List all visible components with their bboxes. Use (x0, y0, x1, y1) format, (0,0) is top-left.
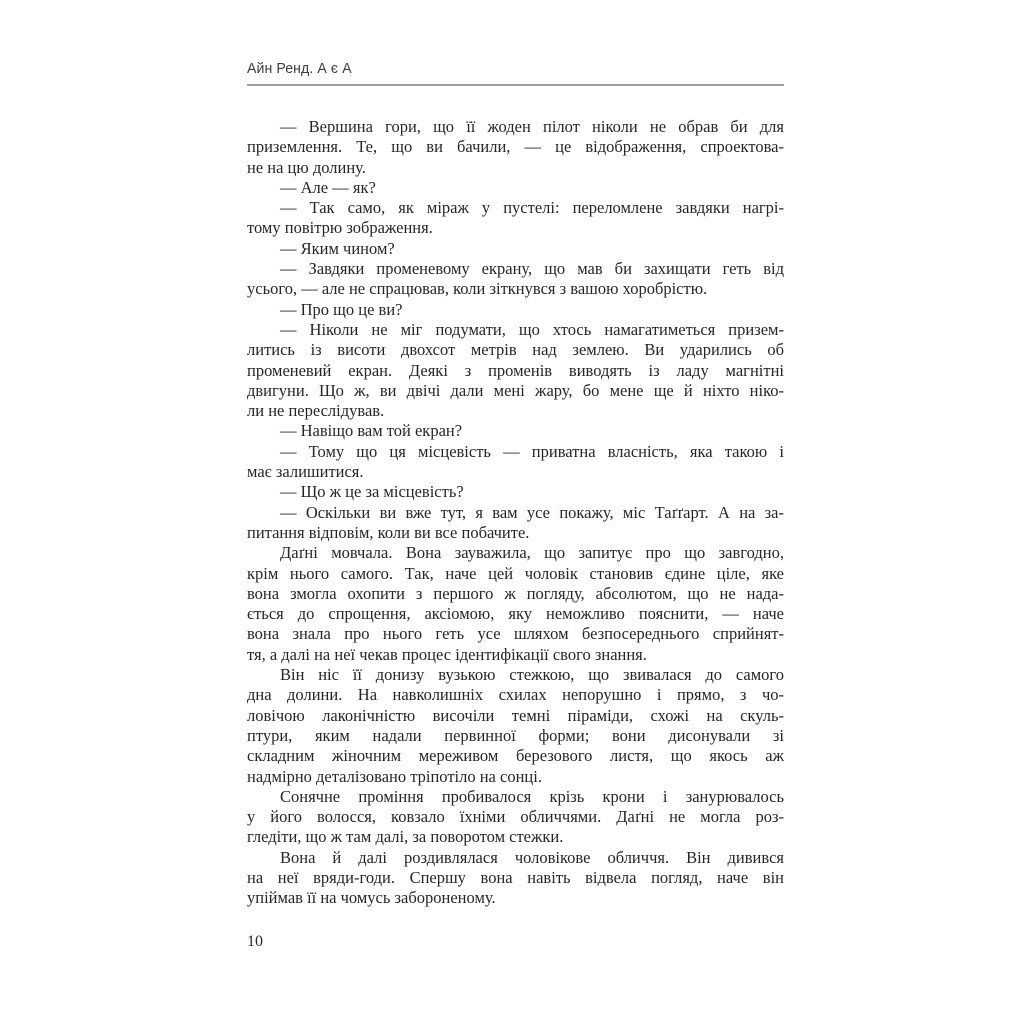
text-line: тому повітрю зображення. (247, 218, 784, 238)
text-line: Даґні мовчала. Вона зауважила, що запиту… (247, 543, 784, 563)
text-line: має залишитися. (247, 462, 784, 482)
page-number: 10 (247, 933, 263, 951)
text-line: тя, а далі на неї чекав процес ідентифік… (247, 645, 784, 665)
text-line: птури, яким надали первинної форми; вони… (247, 726, 784, 746)
text-line: дна долини. На навколишніх схилах непору… (247, 685, 784, 705)
text-line: питання відповім, коли ви все побачите. (247, 523, 784, 543)
text-line: Вона й далі роздивлялася чоловікове обли… (247, 848, 784, 868)
text-line: — Яким чином? (247, 239, 784, 259)
paragraph: Вона й далі роздивлялася чоловікове обли… (247, 848, 784, 909)
body-text: — Вершина гори, що її жоден пілот ніколи… (247, 117, 784, 909)
paragraph: Сонячне проміння пробивалося крізь крони… (247, 787, 784, 848)
text-line: вона знала про нього геть усе шляхом без… (247, 624, 784, 644)
text-line: складним жіночним мереживом березового л… (247, 746, 784, 766)
text-line: променевий екран. Деякі з променів вивод… (247, 361, 784, 381)
text-line: на неї вряди-годи. Спершу вона навіть ві… (247, 868, 784, 888)
text-line: Він ніс її донизу вузькою стежкою, що зв… (247, 665, 784, 685)
text-line: — Завдяки променевому екрану, що мав би … (247, 259, 784, 279)
text-line: — Про що це ви? (247, 300, 784, 320)
paragraph: — Вершина гори, що її жоден пілот ніколи… (247, 117, 784, 178)
paragraph: — Яким чином? (247, 239, 784, 259)
text-line: усього, — але не спрацював, коли зіткнув… (247, 279, 784, 299)
text-line: — Тому що ця місцевість — приватна власн… (247, 442, 784, 462)
text-line: надмірно деталізовано тріпотіло на сонці… (247, 767, 784, 787)
text-line: — Але — як? (247, 178, 784, 198)
text-line: вона змогла охопити з першого ж погляду,… (247, 584, 784, 604)
paragraph: — Тому що ця місцевість — приватна власн… (247, 442, 784, 483)
text-line: — Вершина гори, що її жоден пілот ніколи… (247, 117, 784, 137)
paragraph: — Так само, як міраж у пустелі: переломл… (247, 198, 784, 239)
text-line: Сонячне проміння пробивалося крізь крони… (247, 787, 784, 807)
text-line: не на цю долину. (247, 158, 784, 178)
text-line: литись із висоти двохсот метрів над земл… (247, 340, 784, 360)
text-line: приземлення. Те, що ви бачили, — це відо… (247, 137, 784, 157)
text-line: ловічою лаконічністю височіли темні піра… (247, 706, 784, 726)
text-line: — Що ж це за місцевість? (247, 482, 784, 502)
text-line: — Ніколи не міг подумати, що хтось намаг… (247, 320, 784, 340)
paragraph: — Навіщо вам той екран? (247, 421, 784, 441)
paragraph: — Що ж це за місцевість? (247, 482, 784, 502)
text-line: — Так само, як міраж у пустелі: переломл… (247, 198, 784, 218)
running-header: Айн Ренд. А є А (247, 60, 352, 77)
paragraph: Даґні мовчала. Вона зауважила, що запиту… (247, 543, 784, 665)
text-line: у його волосся, ковзало їхніми обличчями… (247, 807, 784, 827)
text-line: упіймав її на чомусь забороненому. (247, 888, 784, 908)
text-line: крім нього самого. Так, наче цей чоловік… (247, 564, 784, 584)
text-line: ли не переслідував. (247, 401, 784, 421)
text-line: — Навіщо вам той екран? (247, 421, 784, 441)
paragraph: — Про що це ви? (247, 300, 784, 320)
header-rule (247, 84, 784, 86)
paragraph: — Але — як? (247, 178, 784, 198)
text-line: — Оскільки ви вже тут, я вам усе покажу,… (247, 503, 784, 523)
book-page: Айн Ренд. А є А — Вершина гори, що її жо… (0, 0, 1024, 1024)
text-line: двигуни. Що ж, ви двічі дали мені жару, … (247, 381, 784, 401)
paragraph: — Завдяки променевому екрану, що мав би … (247, 259, 784, 300)
paragraph: — Ніколи не міг подумати, що хтось намаг… (247, 320, 784, 421)
paragraph: Він ніс її донизу вузькою стежкою, що зв… (247, 665, 784, 787)
text-line: гледіти, що ж там далі, за поворотом сте… (247, 827, 784, 847)
paragraph: — Оскільки ви вже тут, я вам усе покажу,… (247, 503, 784, 544)
text-line: ється до спрощення, аксіомою, яку неможл… (247, 604, 784, 624)
